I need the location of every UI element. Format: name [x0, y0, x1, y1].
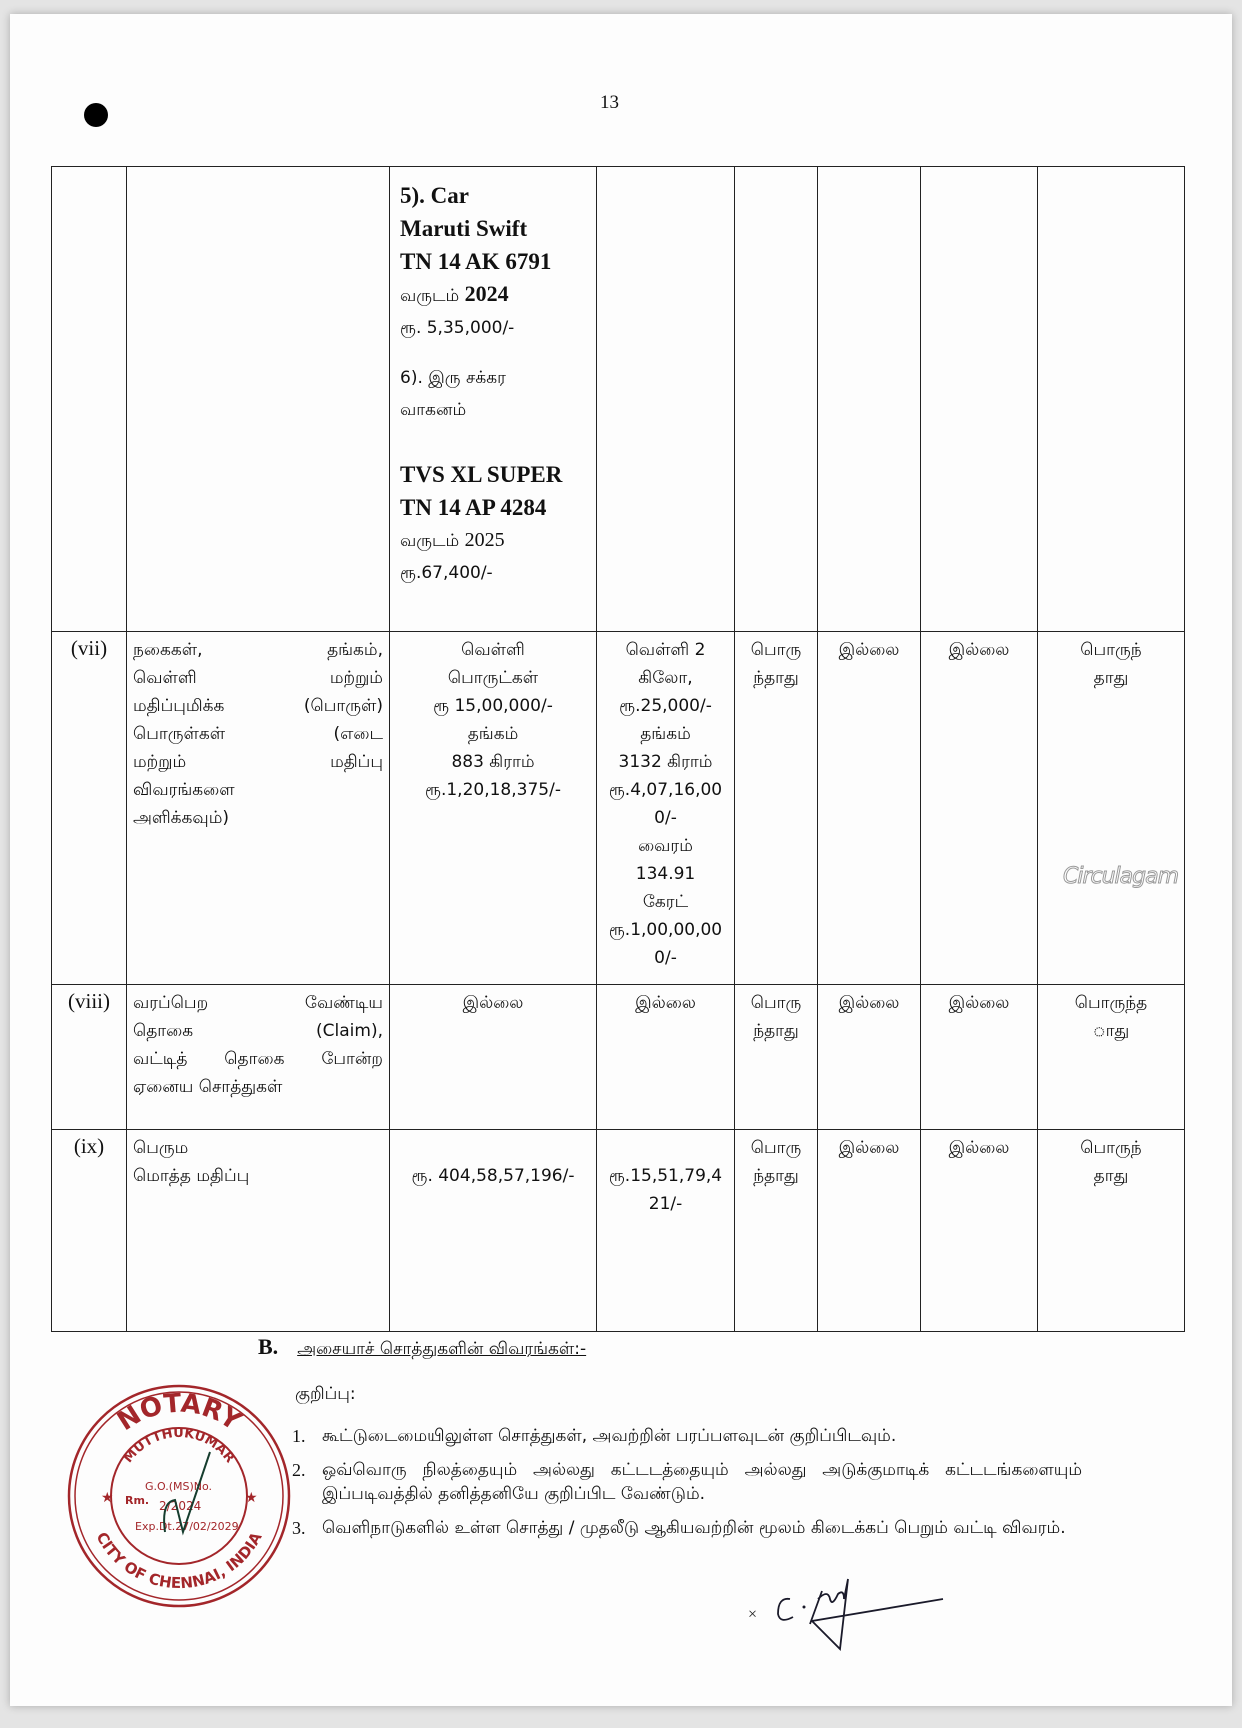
two-wheeler-heading: 6). இரு சக்கர: [400, 362, 590, 394]
cell: இல்லை: [921, 985, 1038, 1130]
cell: [597, 167, 735, 632]
cell: பொருந்தாது: [735, 632, 818, 985]
two-wheeler-heading-cont: வாகனம்: [400, 394, 590, 426]
note-text: கூட்டுடைமையிலுள்ள சொத்துகள், அவற்றின் பர…: [322, 1424, 1082, 1448]
car-model: Maruti Swift: [400, 212, 590, 245]
svg-text:★: ★: [101, 1490, 114, 1506]
cell: இல்லை: [818, 632, 921, 985]
section-b-heading: B. அசையாச் சொத்துகளின் விவரங்கள்:-: [258, 1334, 586, 1361]
note-label: குறிப்பு:: [295, 1384, 356, 1406]
note-item: 3.வெளிநாடுகளில் உள்ள சொத்து / முதலீடு ஆக…: [292, 1516, 1082, 1540]
cell: [1038, 167, 1185, 632]
cell: பொருந்தாது: [1038, 985, 1185, 1130]
table-row: (viii)வரப்பெற வேண்டியதொகை (Claim),வட்டித…: [52, 985, 1185, 1130]
svg-text:CITY OF CHENNAI, INDIA: CITY OF CHENNAI, INDIA: [92, 1529, 265, 1592]
note-item: 2.ஒவ்வொரு நிலத்தையும் அல்லது கட்டடத்தையு…: [292, 1458, 1082, 1506]
sl-number: (vii): [52, 632, 127, 985]
cell: இல்லை: [818, 1130, 921, 1332]
notary-stamp: NOTARY MUTTHUKUMAR CITY OF CHENNAI, INDI…: [65, 1382, 293, 1610]
two-wheeler-year: வருடம் 2025: [400, 524, 590, 557]
section-title: அசையாச் சொத்துகளின் விவரங்கள்:-: [297, 1339, 586, 1359]
description-cell: பெருமமொத்த மதிப்பு: [127, 1130, 390, 1332]
car-registration: TN 14 AK 6791: [400, 245, 590, 278]
table-row: 5). Car Maruti Swift TN 14 AK 6791 வருடம…: [52, 167, 1185, 632]
punch-hole-mark: [84, 103, 108, 127]
section-letter: B.: [258, 1334, 278, 1359]
note-number: 2.: [292, 1458, 322, 1506]
watermark: Circulagam: [1063, 864, 1178, 889]
svg-text:×: ×: [748, 1606, 757, 1623]
table-row: (vii)நகைகள், தங்கம்,வெள்ளி மற்றும்மதிப்ப…: [52, 632, 1185, 985]
cell: பொருந்தாது: [735, 985, 818, 1130]
two-wheeler-value: ரூ.67,400/-: [400, 557, 590, 589]
cell: [818, 167, 921, 632]
two-wheeler-registration: TN 14 AP 4284: [400, 491, 590, 524]
document-page: 13 5). Car Maruti Swift TN 14 AK 6791 வர…: [10, 14, 1232, 1706]
cell: [735, 167, 818, 632]
page-number: 13: [600, 92, 619, 114]
cell: இல்லை: [818, 985, 921, 1130]
description-cell: [127, 167, 390, 632]
cell: இல்லை: [921, 1130, 1038, 1332]
car-heading: 5). Car: [400, 179, 590, 212]
vehicles-cell: 5). Car Maruti Swift TN 14 AK 6791 வருடம…: [390, 167, 597, 632]
note-text: ஒவ்வொரு நிலத்தையும் அல்லது கட்டடத்தையும்…: [322, 1458, 1082, 1506]
sl-number: (ix): [52, 1130, 127, 1332]
two-wheeler-model: TVS XL SUPER: [400, 458, 590, 491]
cell: இல்லை: [921, 632, 1038, 985]
sl-cell: [52, 167, 127, 632]
svg-text:Rm.: Rm.: [125, 1494, 149, 1507]
table-row: (ix)பெருமமொத்த மதிப்பு ரூ. 404,58,57,196…: [52, 1130, 1185, 1332]
spouse-value-cell: இல்லை: [597, 985, 735, 1130]
cell: பொருந்தாது: [735, 1130, 818, 1332]
note-number: 3.: [292, 1516, 322, 1540]
sl-number: (viii): [52, 985, 127, 1130]
note-number: 1.: [292, 1424, 322, 1448]
declared-value-cell: இல்லை: [390, 985, 597, 1130]
car-value: ரூ. 5,35,000/-: [400, 312, 590, 344]
assets-table: 5). Car Maruti Swift TN 14 AK 6791 வருடம…: [51, 166, 1185, 1332]
signature: ×: [748, 1569, 1018, 1659]
note-text: வெளிநாடுகளில் உள்ள சொத்து / முதலீடு ஆகிய…: [322, 1516, 1082, 1540]
description-cell: வரப்பெற வேண்டியதொகை (Claim),வட்டித் தொகை…: [127, 985, 390, 1130]
cell: [921, 167, 1038, 632]
description-cell: நகைகள், தங்கம்,வெள்ளி மற்றும்மதிப்புமிக்…: [127, 632, 390, 985]
cell: பொருந்தாது: [1038, 632, 1185, 985]
car-year: வருடம் 2024: [400, 278, 590, 312]
spouse-value-cell: ரூ.15,51,79,421/-: [597, 1130, 735, 1332]
cell: பொருந்தாது: [1038, 1130, 1185, 1332]
declared-value-cell: ரூ. 404,58,57,196/-: [390, 1130, 597, 1332]
note-item: 1.கூட்டுடைமையிலுள்ள சொத்துகள், அவற்றின் …: [292, 1424, 1082, 1448]
declared-value-cell: வெள்ளிபொருட்கள்ரூ 15,00,000/-தங்கம்883 க…: [390, 632, 597, 985]
svg-text:MUTTHUKUMAR: MUTTHUKUMAR: [121, 1426, 237, 1466]
svg-text:★: ★: [245, 1490, 258, 1506]
notes-list: 1.கூட்டுடைமையிலுள்ள சொத்துகள், அவற்றின் …: [292, 1424, 1082, 1550]
svg-text:G.O.(MS)No.: G.O.(MS)No.: [145, 1480, 212, 1493]
spouse-value-cell: வெள்ளி 2கிலோ,ரூ.25,000/-தங்கம்3132 கிராம…: [597, 632, 735, 985]
